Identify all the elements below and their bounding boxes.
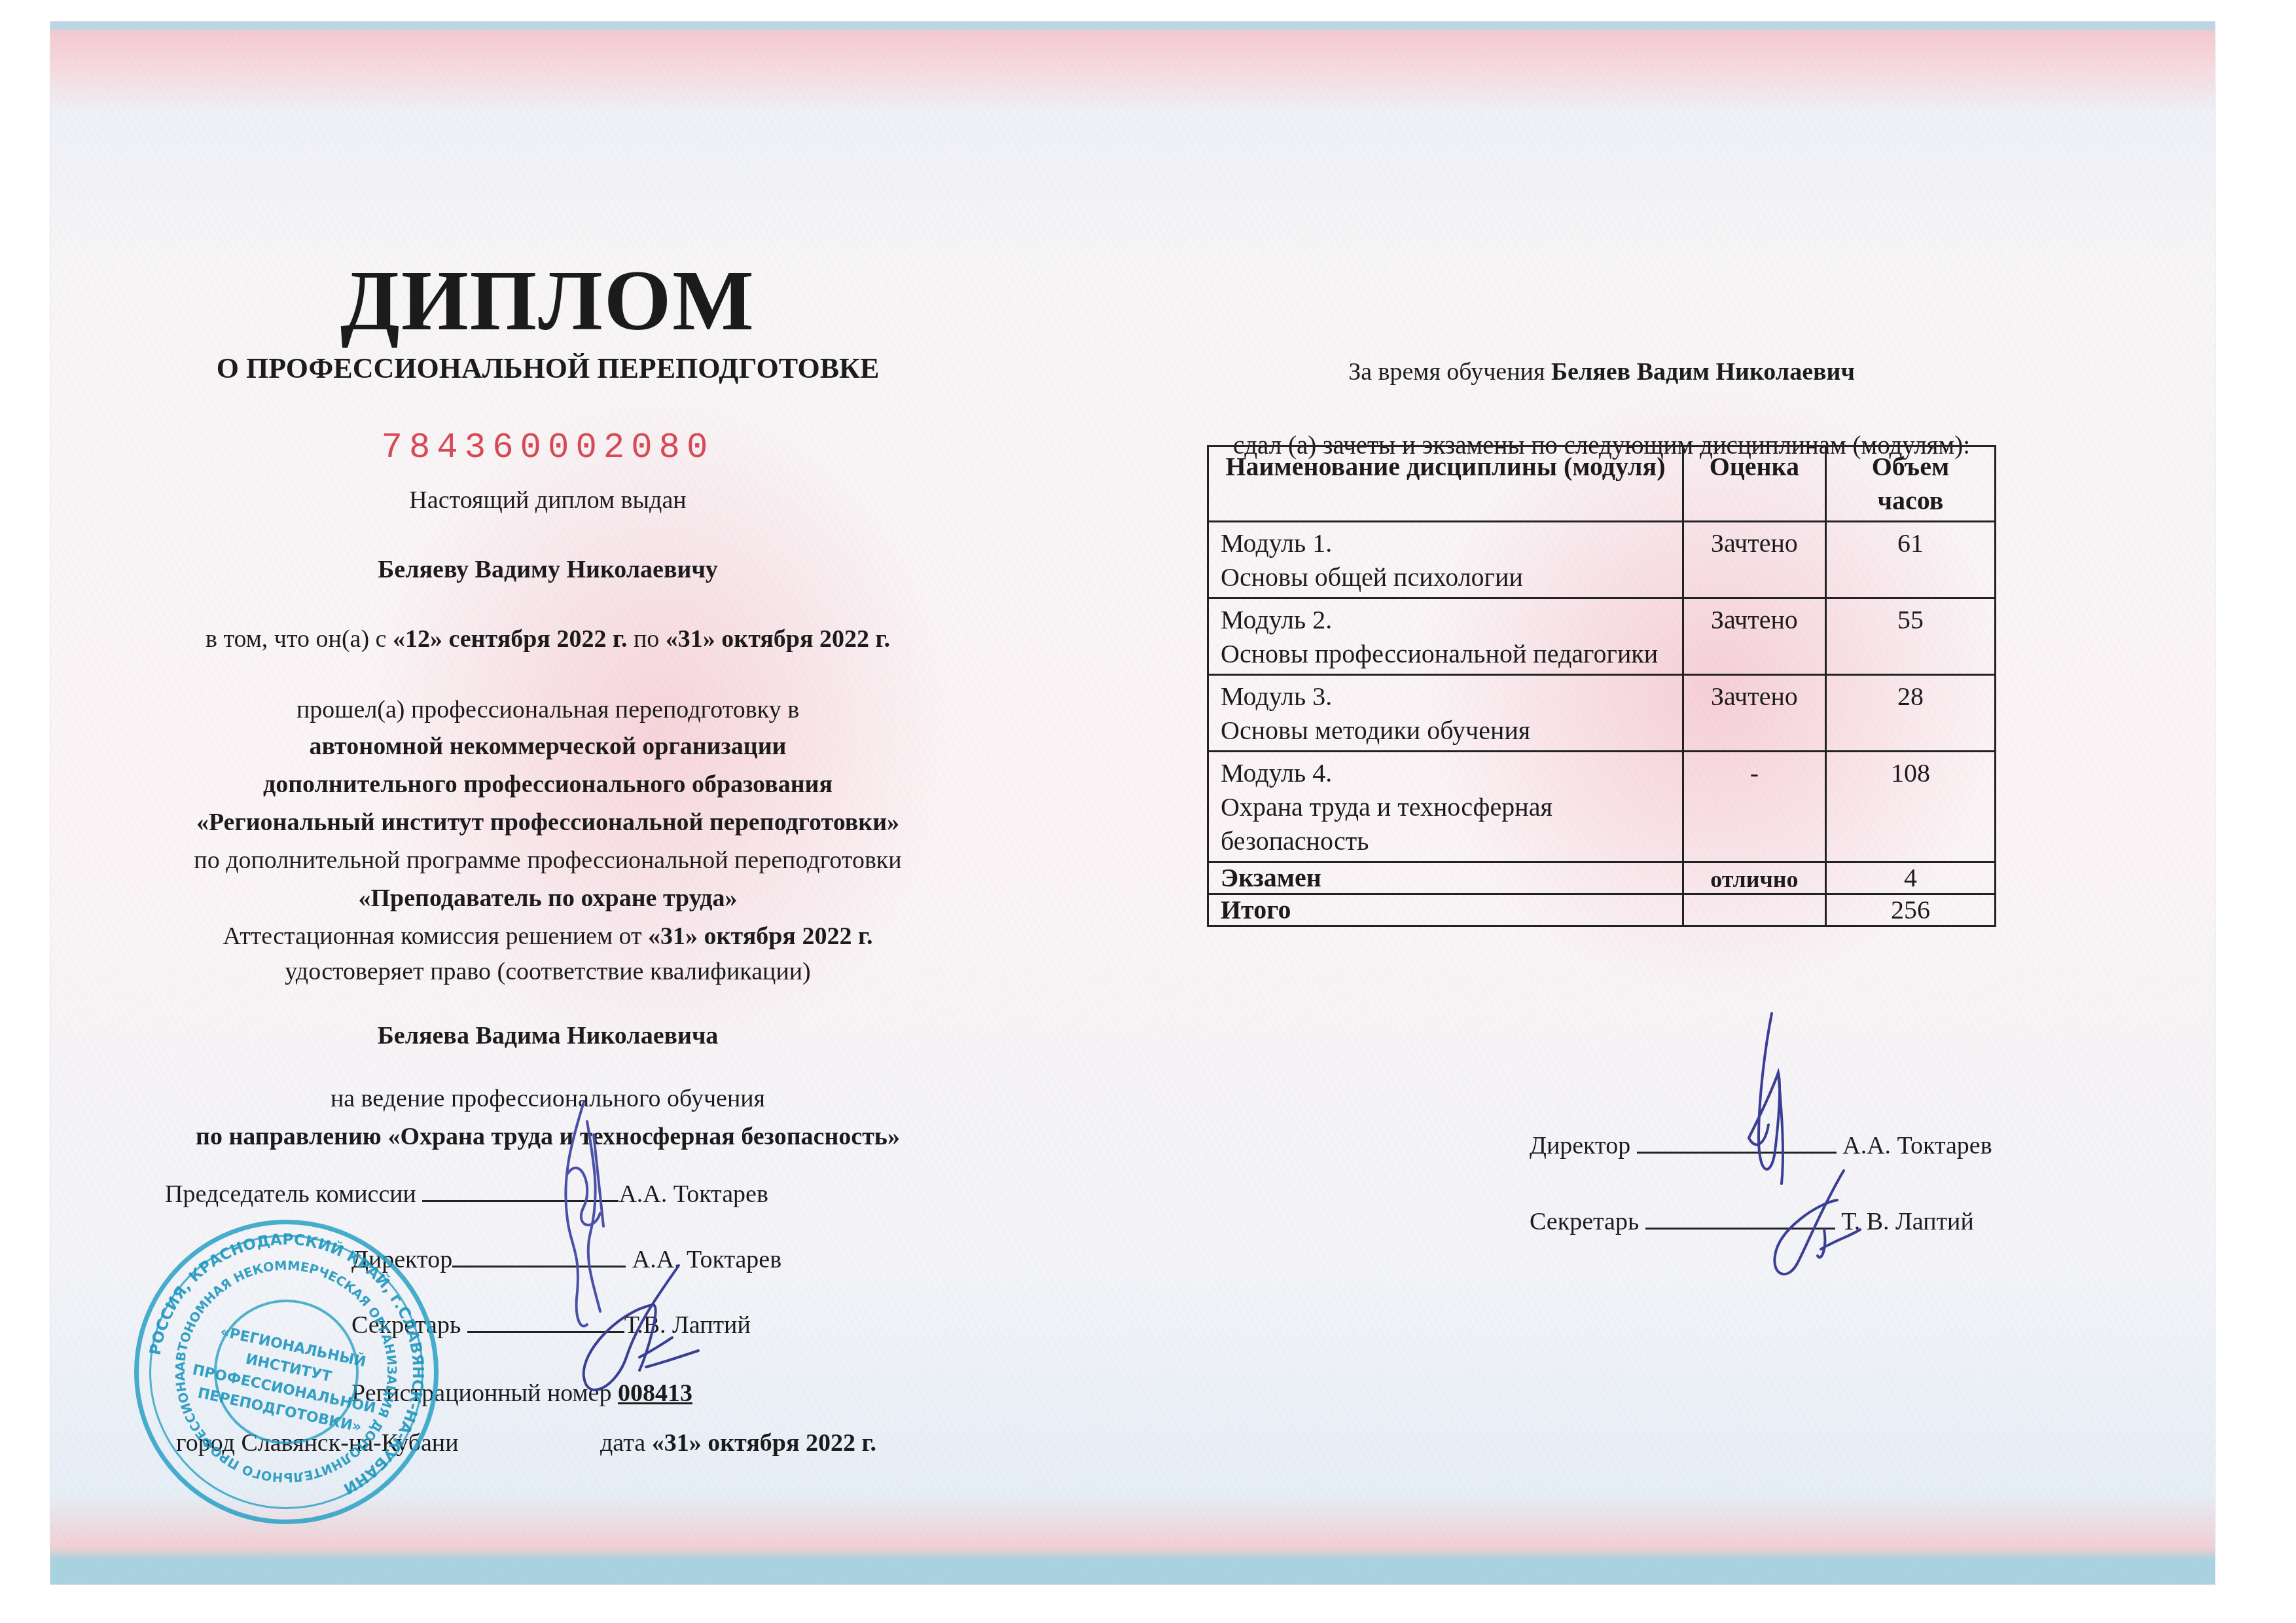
discipline-cell: Модуль 4.Охрана труда и техносферная без… — [1208, 752, 1683, 862]
header-grade: Оценка — [1683, 447, 1825, 522]
secretary-signature-icon — [548, 1259, 718, 1410]
table-row: Модуль 3.Основы методики обученияЗачтено… — [1208, 675, 1996, 752]
period-start: «12» сентября 2022 г. — [393, 625, 627, 653]
commission-date: «31» октября 2022 г. — [648, 922, 872, 950]
exam-name: Экзамен — [1208, 862, 1683, 894]
header-discipline: Наименование дисциплины (модуля) — [1208, 447, 1683, 522]
completed-line: прошел(а) профессиональная переподготовк… — [50, 697, 1045, 722]
module-title: Охрана труда и техносферная безопасность — [1221, 790, 1670, 858]
table-row: Модуль 2.Основы профессиональной педагог… — [1208, 598, 1996, 675]
module-number: Модуль 1. — [1221, 526, 1670, 560]
total-hours: 256 — [1825, 894, 1995, 926]
commission-prefix: Аттестационная комиссия решением от — [223, 922, 649, 950]
issue-date-row: дата «31» октября 2022 г. — [600, 1431, 876, 1455]
serial-number: 784360002080 — [50, 431, 1045, 466]
certifies-line: удостоверяет право (соответствие квалифи… — [50, 959, 1045, 984]
intro-name: Беляев Вадим Николаевич — [1551, 358, 1855, 386]
total-grade — [1683, 894, 1825, 926]
period-middle: по — [627, 625, 665, 653]
table-row: Модуль 1.Основы общей психологииЗачтено6… — [1208, 522, 1996, 598]
grade-cell: - — [1683, 752, 1825, 862]
hours-cell: 108 — [1825, 752, 1995, 862]
period-prefix: в том, что он(а) с — [206, 625, 393, 653]
document-subtitle: О ПРОФЕССИОНАЛЬНОЙ ПЕРЕПОДГОТОВКЕ — [50, 354, 1045, 383]
discipline-cell: Модуль 1.Основы общей психологии — [1208, 522, 1683, 598]
exam-row: Экзамен отлично 4 — [1208, 862, 1996, 894]
module-title: Основы профессиональной педагогики — [1221, 637, 1670, 671]
signature-role: Председатель комиссии — [165, 1180, 416, 1208]
program-name: «Преподаватель по охране труда» — [50, 886, 1045, 911]
exam-grade: отлично — [1683, 862, 1825, 894]
module-number: Модуль 2. — [1221, 603, 1670, 637]
grade-cell: Зачтено — [1683, 522, 1825, 598]
signature-row-chairman: Председатель комиссии А.А. Токтарев — [165, 1182, 768, 1207]
period-end: «31» октября 2022 г. — [666, 625, 890, 653]
issue-date-label: дата — [600, 1429, 652, 1457]
recipient-name-dative: Беляеву Вадиму Николаевичу — [50, 557, 1045, 582]
diploma-sheet: ДИПЛОМ О ПРОФЕССИОНАЛЬНОЙ ПЕРЕПОДГОТОВКЕ… — [50, 22, 2215, 1584]
exam-hours: 4 — [1825, 862, 1995, 894]
signature-role: Секретарь — [1530, 1208, 1639, 1235]
discipline-cell: Модуль 3.Основы методики обучения — [1208, 675, 1683, 752]
document-title: ДИПЛОМ — [50, 257, 1045, 344]
table-header-row: Наименование дисциплины (модуля) Оценка … — [1208, 447, 1996, 522]
grade-cell: Зачтено — [1683, 598, 1825, 675]
org-line-2: дополнительного профессионального образо… — [50, 772, 1045, 797]
grade-cell: Зачтено — [1683, 675, 1825, 752]
discipline-cell: Модуль 2.Основы профессиональной педагог… — [1208, 598, 1683, 675]
table-row: Модуль 4.Охрана труда и техносферная без… — [1208, 752, 1996, 862]
grades-table: Наименование дисциплины (модуля) Оценка … — [1207, 445, 1996, 927]
program-line: по дополнительной программе профессионал… — [50, 848, 1045, 873]
signature-role: Директор — [1530, 1132, 1630, 1159]
hours-cell: 61 — [1825, 522, 1995, 598]
signature-name: А.А. Токтарев — [1842, 1132, 1992, 1159]
official-stamp: РОССИЯ, КРАСНОДАРСКИЙ КРАЙ, г.СЛАВЯНСК-Н… — [134, 1220, 439, 1524]
intro-line: За время обучения Беляев Вадим Николаеви… — [1207, 359, 1996, 384]
hours-cell: 55 — [1825, 598, 1995, 675]
module-number: Модуль 4. — [1221, 756, 1670, 790]
intro-prefix: За время обучения — [1348, 358, 1551, 386]
issue-date-value: «31» октября 2022 г. — [652, 1429, 876, 1457]
module-number: Модуль 3. — [1221, 680, 1670, 714]
recipient-name-genitive: Беляева Вадима Николаевича — [50, 1023, 1045, 1048]
org-line-3: «Региональный институт профессиональной … — [50, 810, 1045, 835]
total-name: Итого — [1208, 894, 1683, 926]
issued-label: Настоящий диплом выдан — [50, 488, 1045, 513]
header-hours: Объем часов — [1825, 447, 1995, 522]
commission-line: Аттестационная комиссия решением от «31»… — [50, 924, 1045, 949]
org-line-1: автономной некоммерческой организации — [50, 734, 1045, 759]
module-title: Основы общей психологии — [1221, 560, 1670, 594]
secretary-signature-right-icon — [1746, 1164, 1896, 1282]
module-title: Основы методики обучения — [1221, 714, 1670, 748]
total-row: Итого 256 — [1208, 894, 1996, 926]
study-period: в том, что он(а) с «12» сентября 2022 г.… — [50, 627, 1045, 651]
hours-cell: 28 — [1825, 675, 1995, 752]
